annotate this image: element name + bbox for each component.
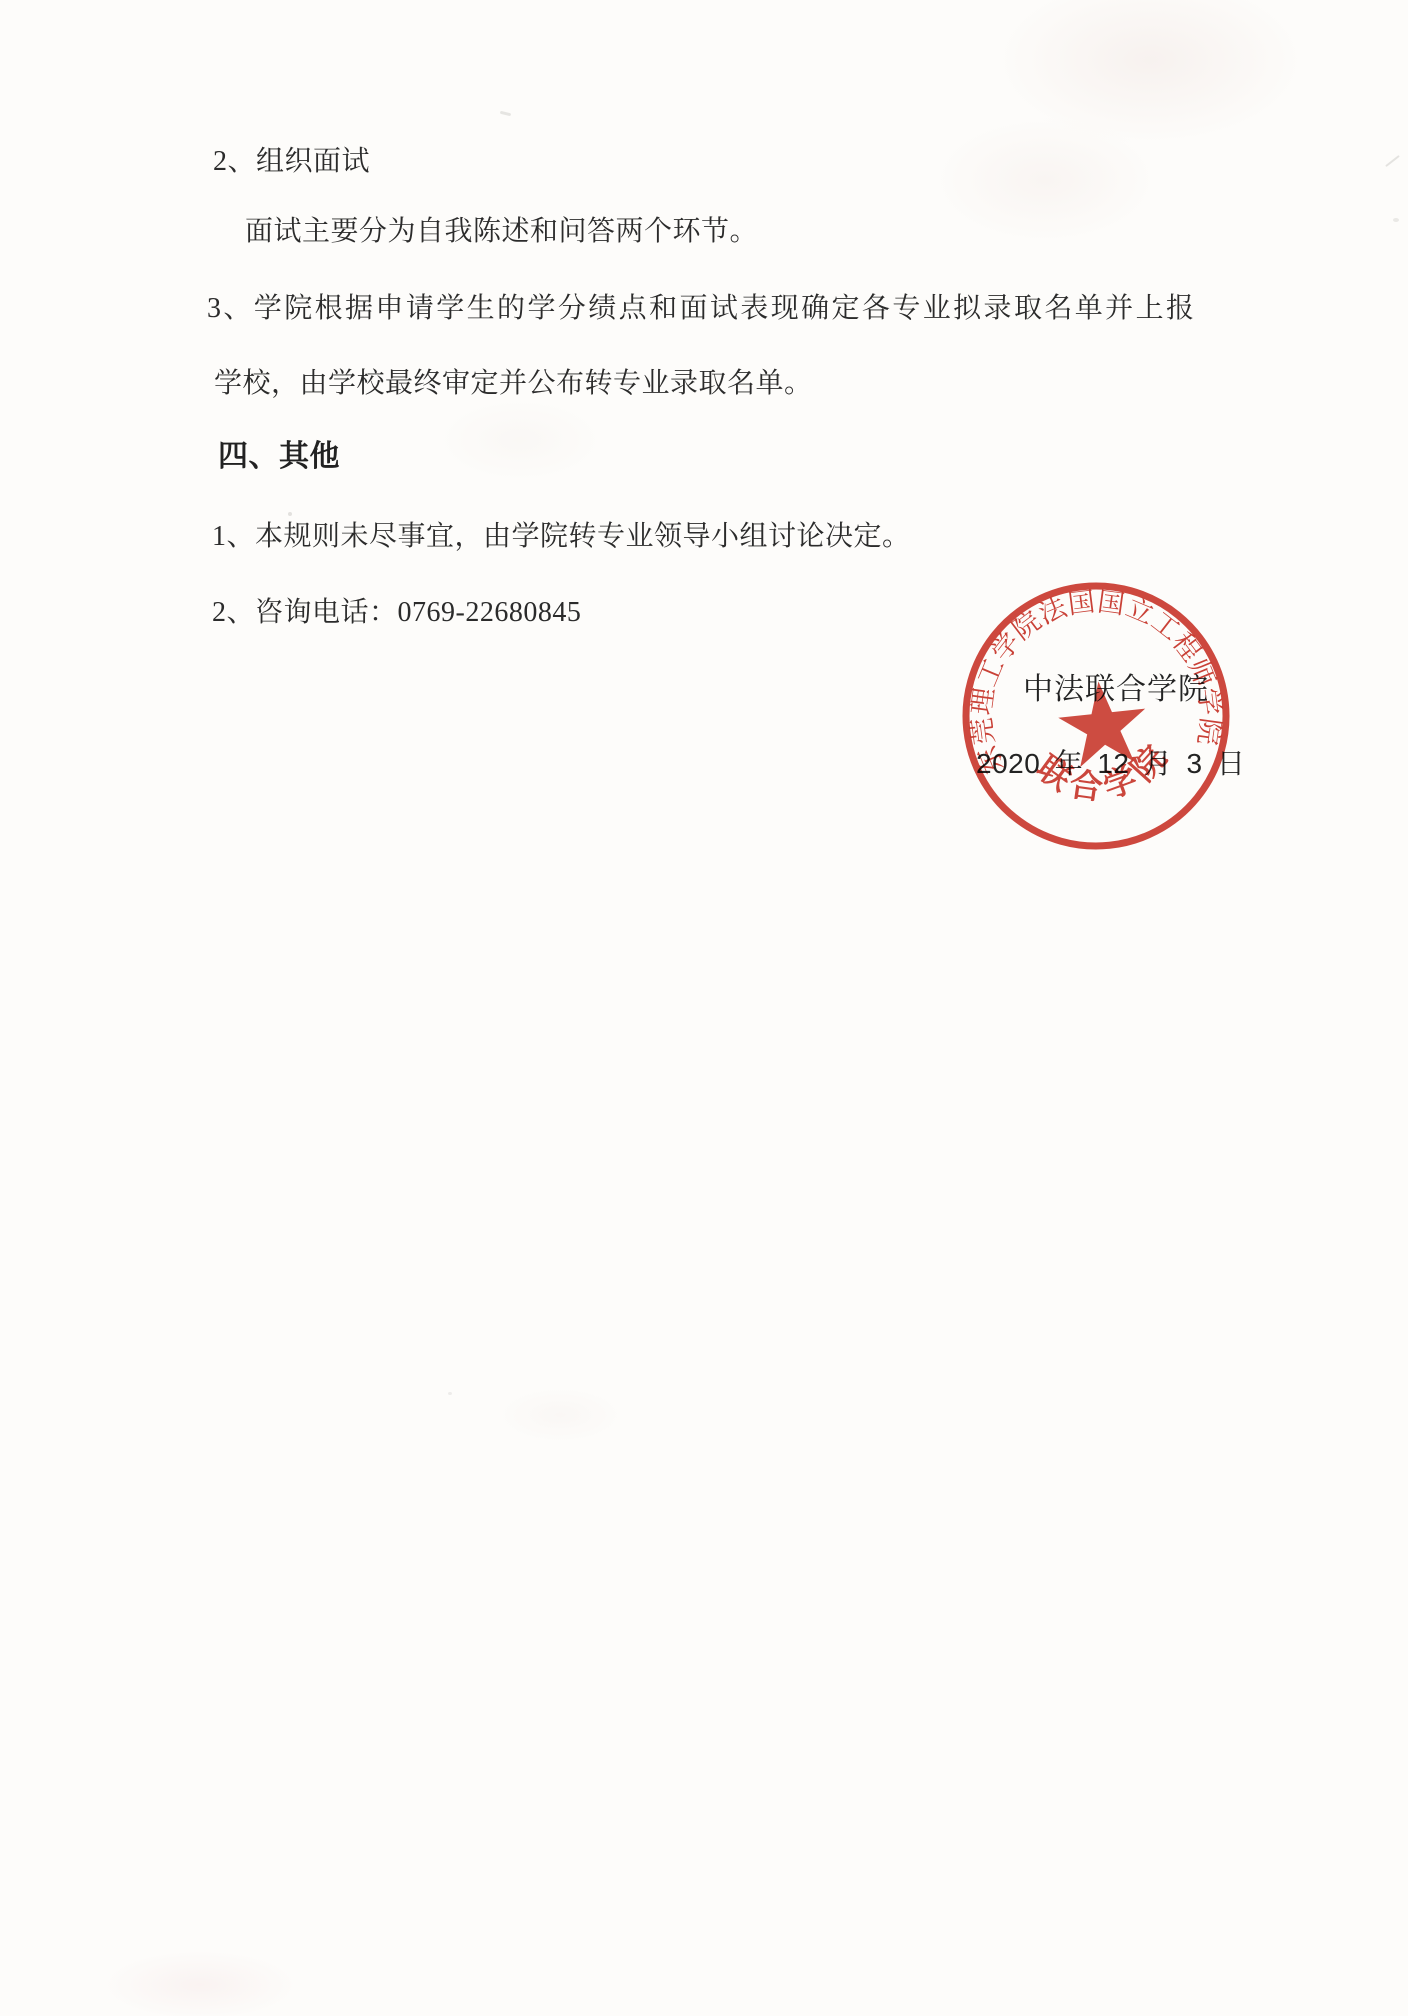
official-red-seal: 东莞理工学院法国国立工程师学院 联 合 学 院 <box>942 562 1250 870</box>
item-contact-phone: 2、咨询电话：0769-22680845 <box>212 594 581 632</box>
scan-speck <box>500 111 511 117</box>
item-organize-interview: 2、组织面试 <box>213 143 370 181</box>
section-heading-others: 四、其他 <box>218 438 340 476</box>
scan-speck <box>288 512 292 516</box>
scan-scratch <box>1385 155 1400 167</box>
item-admission-list-part1: 3、学院根据申请学生的学分绩点和面试表现确定各专业拟录取名单并上报 <box>207 290 1195 328</box>
scanned-document-page: { "page": { "background_color": "#fdfcfa… <box>0 0 1408 2016</box>
item-admission-list-part2: 学校，由学校最终审定并公布转专业录取名单。 <box>214 365 813 403</box>
scan-speck <box>1393 218 1399 222</box>
paragraph-interview-format: 面试主要分为自我陈述和问答两个环节。 <box>245 213 758 251</box>
scan-speck <box>448 1392 452 1395</box>
item-unresolved-matters: 1、本规则未尽事宜，由学院转专业领导小组讨论决定。 <box>212 518 911 556</box>
